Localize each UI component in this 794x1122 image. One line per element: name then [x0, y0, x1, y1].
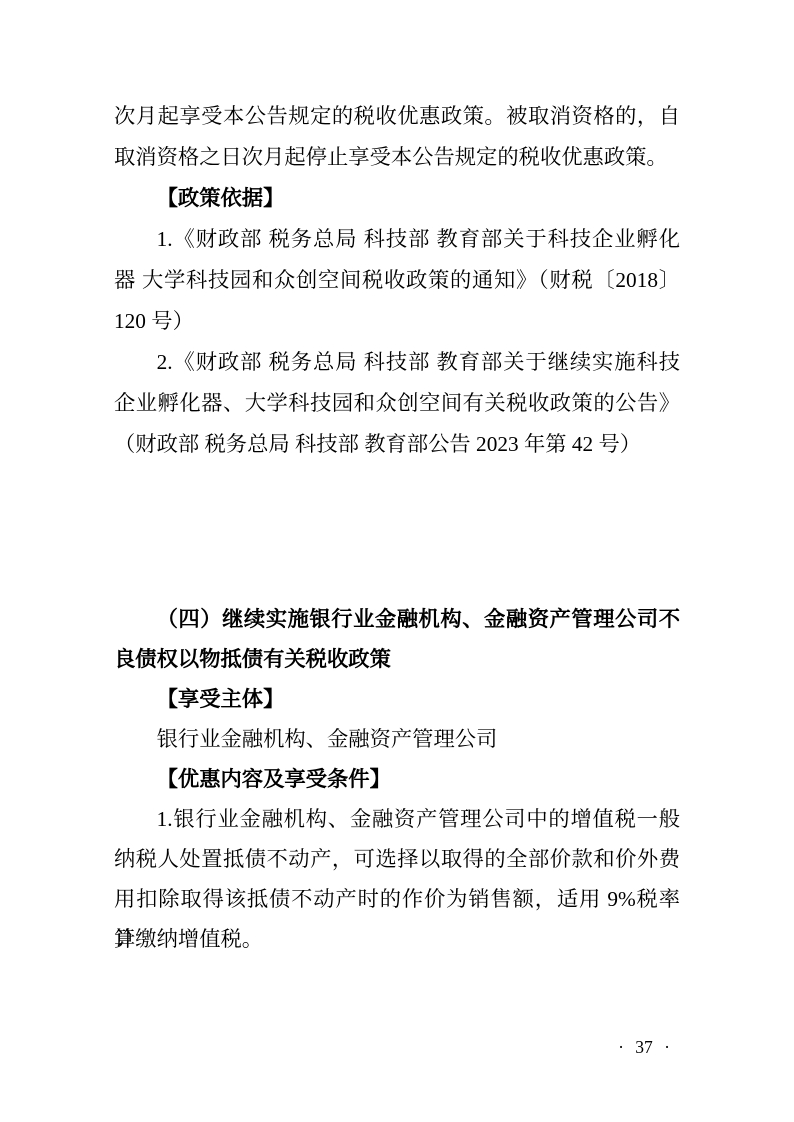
- numbered-item-line: 1.银行业金融机构、金融资产管理公司中的增值税一般: [114, 799, 680, 839]
- numbered-item-line: 120 号）: [114, 301, 680, 342]
- numbered-item-line: 纳税人处置抵债不动产，可选择以取得的全部价款和价外费: [114, 839, 680, 879]
- section-heading: （四）继续实施银行业金融机构、金融资产管理公司不: [114, 599, 680, 639]
- paragraph-line: 取消资格之日次月起停止享受本公告规定的税收优惠政策。: [114, 137, 680, 178]
- bracket-heading-benefit-conditions: 【优惠内容及享受条件】: [114, 759, 680, 799]
- paragraph-line: 银行业金融机构、金融资产管理公司: [114, 719, 680, 759]
- bracket-heading-beneficiary: 【享受主体】: [114, 679, 680, 719]
- document-body: 次月起享受本公告规定的税收优惠政策。被取消资格的，自 取消资格之日次月起停止享受…: [114, 96, 680, 959]
- section-heading: 良债权以物抵债有关税收政策: [114, 639, 680, 679]
- numbered-item-line: 用扣除取得该抵债不动产时的作价为销售额，适用 9%税率计: [114, 879, 680, 919]
- page-number: · 37 ·: [618, 1037, 670, 1057]
- paragraph-line: 次月起享受本公告规定的税收优惠政策。被取消资格的，自: [114, 96, 680, 137]
- document-page: 次月起享受本公告规定的税收优惠政策。被取消资格的，自 取消资格之日次月起停止享受…: [0, 0, 794, 1122]
- numbered-item-line: 算缴纳增值税。: [114, 919, 680, 959]
- numbered-item-line: （财政部 税务总局 科技部 教育部公告 2023 年第 42 号）: [114, 424, 680, 465]
- numbered-item-line: 器 大学科技园和众创空间税收政策的通知》（财税〔2018〕: [114, 260, 680, 301]
- numbered-item-line: 企业孵化器、大学科技园和众创空间有关税收政策的公告》: [114, 383, 680, 424]
- numbered-item-line: 1.《财政部 税务总局 科技部 教育部关于科技企业孵化: [114, 219, 680, 260]
- bracket-heading-policy-basis: 【政策依据】: [114, 178, 680, 219]
- numbered-item-line: 2.《财政部 税务总局 科技部 教育部关于继续实施科技: [114, 342, 680, 383]
